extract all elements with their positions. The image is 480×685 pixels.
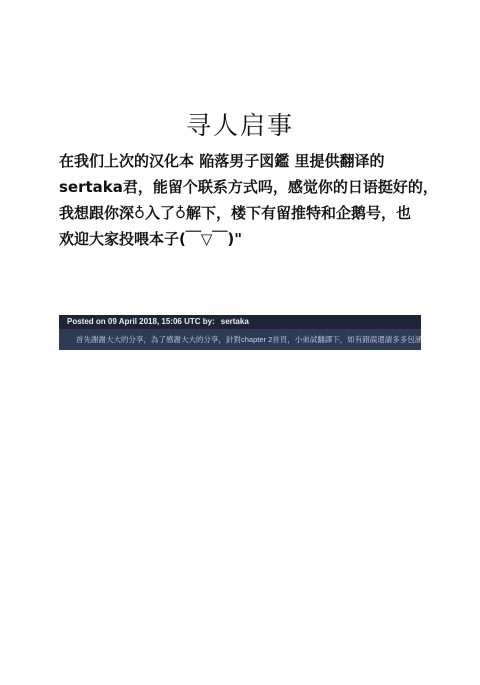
comment-posted-info: Posted on 09 April 2018, 15:06 UTC by:: [67, 317, 215, 326]
notice-line-3: 我想跟你深♁入了♁解下，楼下有留推特和企鹅号，也: [59, 200, 429, 226]
notice-body: 在我们上次的汉化本 陥落男子図鑑 里提供翻译的 sertaka君，能留个联系方式…: [59, 148, 429, 252]
comment-body: 首先謝謝大大的分享，為了感謝大大的分享，針對chapter 2首頁，小弟試翻譯下…: [59, 329, 421, 350]
notice-title: 寻人启事: [0, 106, 480, 142]
notice-line-2: sertaka君，能留个联系方式吗，感觉你的日语挺好的，: [59, 174, 429, 200]
notice-line-1: 在我们上次的汉化本 陥落男子図鑑 里提供翻译的: [59, 148, 429, 174]
notice-line-4: 欢迎大家投喂本子(￣▽￣)": [59, 226, 429, 252]
comment-header: Posted on 09 April 2018, 15:06 UTC by:se…: [59, 315, 421, 329]
comment-author: sertaka: [221, 317, 249, 326]
comment-screenshot-panel: Posted on 09 April 2018, 15:06 UTC by:se…: [59, 315, 421, 350]
